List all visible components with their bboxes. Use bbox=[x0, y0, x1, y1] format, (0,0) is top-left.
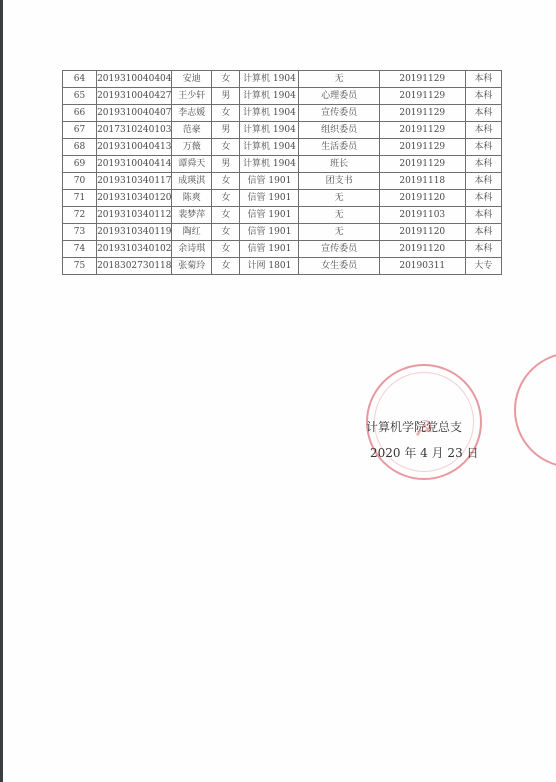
education-level-cell: 本科 bbox=[465, 88, 501, 105]
table-row: 662019310040407李志媛女计算机 1904宣传委员20191129本… bbox=[63, 105, 502, 122]
student-id-cell: 2019310340112 bbox=[97, 207, 172, 224]
student-name-cell: 陈爽 bbox=[172, 190, 212, 207]
join-date-cell: 20191120 bbox=[379, 224, 465, 241]
class-name-cell: 计算机 1904 bbox=[240, 88, 299, 105]
row-number-cell: 71 bbox=[63, 190, 97, 207]
gender-cell: 女 bbox=[212, 207, 240, 224]
gender-cell: 女 bbox=[212, 190, 240, 207]
student-id-cell: 2019310040414 bbox=[97, 156, 172, 173]
join-date-cell: 20191129 bbox=[379, 139, 465, 156]
gender-cell: 男 bbox=[212, 156, 240, 173]
table-row: 672017310240103范豪男计算机 1904组织委员20191129本科 bbox=[63, 122, 502, 139]
join-date-cell: 20191118 bbox=[379, 173, 465, 190]
gender-cell: 男 bbox=[212, 88, 240, 105]
education-level-cell: 本科 bbox=[465, 224, 501, 241]
student-id-cell: 2019310340119 bbox=[97, 224, 172, 241]
row-number-cell: 75 bbox=[63, 258, 97, 275]
student-name-cell: 裴梦萍 bbox=[172, 207, 212, 224]
student-name-cell: 余诗琪 bbox=[172, 241, 212, 258]
table-row: 652019310040427王少轩男计算机 1904心理委员20191129本… bbox=[63, 88, 502, 105]
student-id-cell: 2017310240103 bbox=[97, 122, 172, 139]
student-name-cell: 范豪 bbox=[172, 122, 212, 139]
student-name-cell: 王少轩 bbox=[172, 88, 212, 105]
table-row: 712019310340120陈爽女信管 1901无20191120本科 bbox=[63, 190, 502, 207]
position-cell: 无 bbox=[299, 224, 379, 241]
row-number-cell: 74 bbox=[63, 241, 97, 258]
education-level-cell: 本科 bbox=[465, 139, 501, 156]
position-cell: 无 bbox=[299, 190, 379, 207]
row-number-cell: 65 bbox=[63, 88, 97, 105]
education-level-cell: 本科 bbox=[465, 105, 501, 122]
class-name-cell: 计算机 1904 bbox=[240, 156, 299, 173]
join-date-cell: 20191120 bbox=[379, 241, 465, 258]
table-row: 702019310340117成瑛淇女信管 1901团支书20191118本科 bbox=[63, 173, 502, 190]
position-cell: 女生委员 bbox=[299, 258, 379, 275]
education-level-cell: 本科 bbox=[465, 190, 501, 207]
student-id-cell: 2019310340102 bbox=[97, 241, 172, 258]
join-date-cell: 20190311 bbox=[379, 258, 465, 275]
class-name-cell: 信管 1901 bbox=[240, 224, 299, 241]
class-name-cell: 信管 1901 bbox=[240, 173, 299, 190]
student-name-cell: 李志媛 bbox=[172, 105, 212, 122]
table-row: 722019310340112裴梦萍女信管 1901无20191103本科 bbox=[63, 207, 502, 224]
position-cell: 无 bbox=[299, 71, 379, 88]
education-level-cell: 本科 bbox=[465, 207, 501, 224]
education-level-cell: 本科 bbox=[465, 173, 501, 190]
member-roster-table: 642019310040404安迪女计算机 1904无20191129本科652… bbox=[62, 70, 502, 275]
join-date-cell: 20191120 bbox=[379, 190, 465, 207]
row-number-cell: 69 bbox=[63, 156, 97, 173]
gender-cell: 女 bbox=[212, 173, 240, 190]
student-id-cell: 2019310040427 bbox=[97, 88, 172, 105]
education-level-cell: 本科 bbox=[465, 156, 501, 173]
position-cell: 团支书 bbox=[299, 173, 379, 190]
row-number-cell: 72 bbox=[63, 207, 97, 224]
class-name-cell: 计算机 1904 bbox=[240, 71, 299, 88]
student-name-cell: 陶红 bbox=[172, 224, 212, 241]
student-name-cell: 成瑛淇 bbox=[172, 173, 212, 190]
gender-cell: 女 bbox=[212, 241, 240, 258]
table-row: 752018302730118张菊玲女计网 1801女生委员20190311大专 bbox=[63, 258, 502, 275]
position-cell: 组织委员 bbox=[299, 122, 379, 139]
position-cell: 宣传委员 bbox=[299, 241, 379, 258]
table-row: 742019310340102余诗琪女信管 1901宣传委员20191120本科 bbox=[63, 241, 502, 258]
class-name-cell: 计算机 1904 bbox=[240, 105, 299, 122]
join-date-cell: 20191129 bbox=[379, 71, 465, 88]
gender-cell: 女 bbox=[212, 105, 240, 122]
position-cell: 心理委员 bbox=[299, 88, 379, 105]
student-id-cell: 2019310340120 bbox=[97, 190, 172, 207]
student-name-cell: 谭舜天 bbox=[172, 156, 212, 173]
position-cell: 生活委员 bbox=[299, 139, 379, 156]
row-number-cell: 64 bbox=[63, 71, 97, 88]
position-cell: 宣传委员 bbox=[299, 105, 379, 122]
class-name-cell: 信管 1901 bbox=[240, 207, 299, 224]
class-name-cell: 计算机 1904 bbox=[240, 139, 299, 156]
student-name-cell: 张菊玲 bbox=[172, 258, 212, 275]
table-row: 732019310340119陶红女信管 1901无20191120本科 bbox=[63, 224, 502, 241]
table-row: 642019310040404安迪女计算机 1904无20191129本科 bbox=[63, 71, 502, 88]
row-number-cell: 73 bbox=[63, 224, 97, 241]
student-id-cell: 2019310040413 bbox=[97, 139, 172, 156]
class-name-cell: 信管 1901 bbox=[240, 241, 299, 258]
gender-cell: 男 bbox=[212, 122, 240, 139]
class-name-cell: 计网 1801 bbox=[240, 258, 299, 275]
row-number-cell: 66 bbox=[63, 105, 97, 122]
join-date-cell: 20191129 bbox=[379, 122, 465, 139]
row-number-cell: 70 bbox=[63, 173, 97, 190]
education-level-cell: 本科 bbox=[465, 71, 501, 88]
student-id-cell: 2019310040407 bbox=[97, 105, 172, 122]
position-cell: 无 bbox=[299, 207, 379, 224]
gender-cell: 女 bbox=[212, 224, 240, 241]
education-level-cell: 本科 bbox=[465, 241, 501, 258]
join-date-cell: 20191129 bbox=[379, 105, 465, 122]
student-id-cell: 2019310340117 bbox=[97, 173, 172, 190]
table-row: 692019310040414谭舜天男计算机 1904班长20191129本科 bbox=[63, 156, 502, 173]
table-row: 682019310040413万薇女计算机 1904生活委员20191129本科 bbox=[63, 139, 502, 156]
signing-date: 2020 年 4 月 23 日 bbox=[370, 444, 479, 461]
education-level-cell: 大专 bbox=[465, 258, 501, 275]
class-name-cell: 计算机 1904 bbox=[240, 122, 299, 139]
student-id-cell: 2019310040404 bbox=[97, 71, 172, 88]
row-number-cell: 67 bbox=[63, 122, 97, 139]
education-level-cell: 本科 bbox=[465, 122, 501, 139]
student-id-cell: 2018302730118 bbox=[97, 258, 172, 275]
gender-cell: 女 bbox=[212, 139, 240, 156]
student-name-cell: 安迪 bbox=[172, 71, 212, 88]
student-name-cell: 万薇 bbox=[172, 139, 212, 156]
signing-organization: 计算机学院党总支 bbox=[366, 418, 462, 435]
gender-cell: 女 bbox=[212, 258, 240, 275]
join-date-cell: 20191129 bbox=[379, 156, 465, 173]
row-number-cell: 68 bbox=[63, 139, 97, 156]
position-cell: 班长 bbox=[299, 156, 379, 173]
class-name-cell: 信管 1901 bbox=[240, 190, 299, 207]
roster-body: 642019310040404安迪女计算机 1904无20191129本科652… bbox=[63, 71, 502, 275]
join-date-cell: 20191129 bbox=[379, 88, 465, 105]
join-date-cell: 20191103 bbox=[379, 207, 465, 224]
gender-cell: 女 bbox=[212, 71, 240, 88]
